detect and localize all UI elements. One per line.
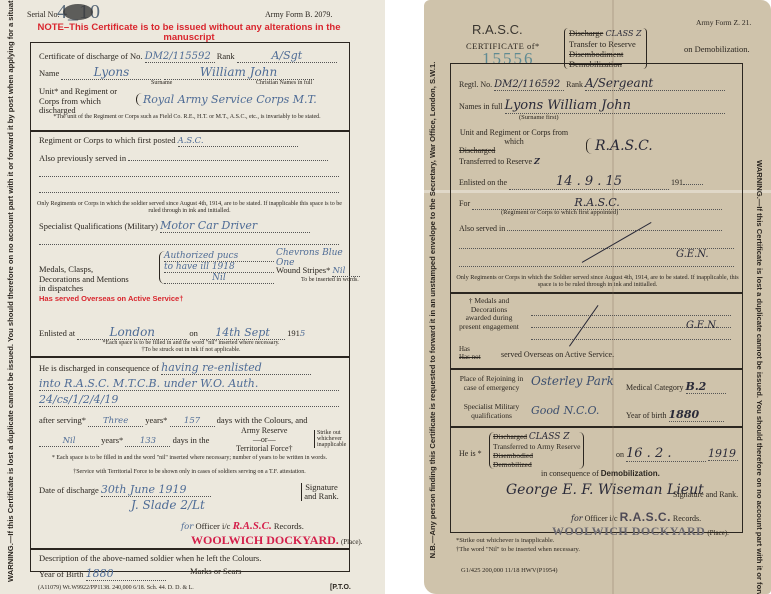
previously-served-note: Only Regiments or Corps in which the sol… bbox=[37, 201, 342, 214]
rank-value: A/Sgt bbox=[237, 49, 337, 63]
form-number: Army Form Z. 21. bbox=[696, 18, 751, 27]
alteration-note: NOTE–This Certificate is to be issued wi… bbox=[24, 23, 354, 43]
unit-label: Unit* and Regiment or Corps from which d… bbox=[39, 87, 124, 116]
wound-stripes-row: Wound Stripes* Nil bbox=[276, 265, 360, 277]
print-footer: G1/425 200,000 11/18 HWV(P1954) bbox=[461, 567, 558, 574]
medals-values: Authorized pucs to have ill 1918 Nil bbox=[159, 251, 274, 284]
pto-label: [P.T.O. bbox=[330, 584, 351, 591]
medals-label: † Medals and Decorations awarded during … bbox=[459, 297, 519, 331]
certificate-no-value: DM2/115592 bbox=[145, 51, 215, 63]
unit-label: Unit and Regiment or Corps from which bbox=[459, 128, 569, 146]
name-row: Name Lyons William John bbox=[39, 65, 314, 80]
records-row: for Officer i/c R.A.S.C. Records. bbox=[571, 510, 701, 524]
demobilization-certificate-z21: N.B.—Any person finding this Certificate… bbox=[424, 0, 771, 594]
medals-initials: G.E.N. bbox=[686, 320, 719, 331]
also-served-initials: G.E.N. bbox=[676, 249, 709, 260]
christian-names-value: William John bbox=[164, 65, 314, 80]
year-of-birth-row: Year of Birth 1880 bbox=[39, 567, 166, 581]
names-row: Names in full Lyons William John bbox=[459, 98, 725, 114]
place-stamp: WOOLWICH DOCKYARD bbox=[552, 524, 705, 538]
side-warning-left: WARNING.—If this Certificate is lost a d… bbox=[6, 42, 15, 582]
medical-category-row: Medical Category B.2 bbox=[626, 380, 726, 394]
certificate-no-row: Certificate of discharge of No. DM2/1155… bbox=[39, 49, 337, 63]
enlisted-row: Enlisted on the 14 . 9 . 15 191 bbox=[459, 174, 703, 190]
reserve-options: Army Reserve —or— Territorial Force† bbox=[236, 426, 293, 453]
specialist-value: Motor Car Driver bbox=[160, 219, 310, 233]
specialist-row: Specialist Qualifications (Military) Mot… bbox=[39, 219, 310, 233]
he-is-options: Discharged CLASS Z Transferred to Army R… bbox=[489, 432, 584, 469]
side-warning-right: WARNING.—If this Certificate is lost a d… bbox=[755, 160, 764, 580]
medals-label: Medals, Clasps, Decorations and Mentions… bbox=[39, 265, 129, 294]
discharge-date-row: Date of discharge 30th June 1919 bbox=[39, 483, 211, 497]
year-of-birth-row: Year of birth 1880 bbox=[626, 408, 724, 422]
side-nb-note: N.B.—Any person finding this Certificate… bbox=[428, 60, 437, 560]
ink-blot bbox=[63, 4, 93, 20]
regtl-no-row: Regtl. No. DM2/116592 Rank A/Sergeant bbox=[459, 76, 725, 91]
overseas-service-label: Has served Overseas on Active Service† bbox=[39, 294, 183, 303]
unit-value: R.A.S.C. bbox=[586, 138, 653, 154]
divider bbox=[31, 130, 349, 132]
records-stamp: R.A.S.C. bbox=[620, 510, 671, 524]
officer-signature: J. Slade 2/Lt bbox=[131, 498, 205, 512]
discharge-reason-row: He is discharged in consequence of havin… bbox=[39, 361, 311, 375]
on-demobilization: on Demobilization. bbox=[684, 44, 750, 54]
also-served-row: Also served in bbox=[459, 224, 722, 233]
certificate-body: Regtl. No. DM2/116592 Rank A/Sergeant Na… bbox=[450, 63, 743, 533]
unit-footnote: *The unit of the Regiment or Corps such … bbox=[37, 114, 337, 121]
place-row: WOOLWICH DOCKYARD (Place). bbox=[552, 524, 729, 539]
records-row: for Officer i/c R.A.S.C. Records. bbox=[181, 520, 304, 532]
reserve-service-row: Nil years* 133 days in the bbox=[39, 435, 209, 447]
overseas-options: Has Has not bbox=[459, 345, 481, 361]
surname-value: Lyons bbox=[61, 65, 161, 80]
for-row: For R.A.S.C. bbox=[459, 196, 722, 210]
description-label: Description of the above-named soldier w… bbox=[39, 553, 261, 563]
discharge-certificate-b2079: WARNING.—If this Certificate is lost a d… bbox=[0, 0, 385, 594]
previously-served-row: Also previously served in bbox=[39, 153, 328, 163]
he-is-date-row: on 16 . 2 . 1919 bbox=[616, 446, 738, 462]
place-row: WOOLWICH DOCKYARD. (Place). bbox=[191, 533, 363, 548]
unit-value: Royal Army Service Corps M.T. bbox=[136, 93, 317, 106]
form-number: Army Form B. 2079. bbox=[265, 10, 332, 19]
first-posted-value: A.S.C. bbox=[178, 136, 298, 147]
rejoin-value: Osterley Park bbox=[531, 374, 614, 388]
corps-title: R.A.S.C. bbox=[472, 22, 523, 37]
specialist-value: Good N.C.O. bbox=[531, 404, 599, 417]
print-footer: (A11079) Wt.W9922/PP1138. 240,000 6/18. … bbox=[38, 585, 194, 591]
marks-row: Marks or Scars bbox=[190, 566, 241, 576]
place-stamp: WOOLWICH DOCKYARD. bbox=[191, 533, 339, 547]
enlisted-row: Enlisted at London on 14th Sept 1915 bbox=[39, 325, 305, 340]
first-posted-row: Regiment or Corps to which first posted … bbox=[39, 135, 298, 147]
records-stamp: R.A.S.C. bbox=[233, 520, 272, 532]
consequence-row: in consequence of Demobilization. bbox=[541, 469, 660, 478]
serial-number: Serial No. 4_10 bbox=[27, 10, 59, 19]
certificate-body: Certificate of discharge of No. DM2/1155… bbox=[30, 42, 350, 572]
